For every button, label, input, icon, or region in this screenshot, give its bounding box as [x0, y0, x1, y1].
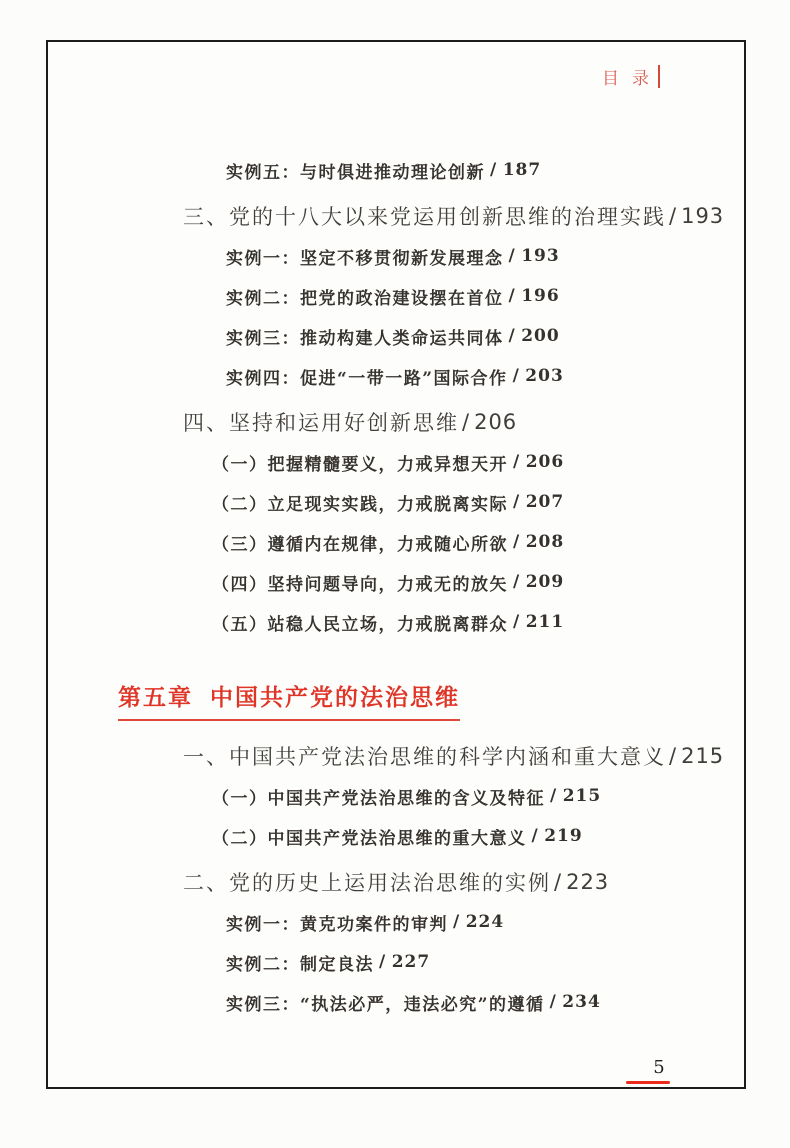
entry-page-number: 208 [526, 532, 565, 552]
page-number-underline [626, 1081, 670, 1084]
entry-page-number: 234 [562, 992, 601, 1012]
toc-entry: （一）中国共产党法治思维的含义及特征/215 [48, 776, 744, 816]
entry-title: 实例二：制定良法 [226, 950, 374, 975]
page-footer: 5 [626, 1058, 670, 1084]
toc-entry: 实例五：与时俱进推动理论创新/187 [48, 150, 744, 190]
entry-page-number: 196 [521, 286, 560, 306]
entry-title: （五）站稳人民立场，力戒脱离群众 [212, 610, 508, 635]
entry-separator: / [508, 452, 526, 472]
entry-title: 二、党的历史上运用法治思维的实例 [183, 867, 551, 897]
chapter-title-underlined: 第五章中国共产党的法治思维 [118, 679, 460, 721]
entry-title: （一）中国共产党法治思维的含义及特征 [212, 784, 545, 809]
entry-page-number: 193 [681, 204, 724, 228]
entry-page-number: 193 [521, 246, 560, 266]
entry-separator: / [508, 612, 526, 632]
toc-entry: 实例二：制定良法/227 [48, 942, 744, 982]
entry-title: （三）遵循内在规律，力戒随心所欲 [212, 530, 508, 555]
entry-title: 实例三：“执法必严，违法必究”的遵循 [226, 990, 545, 1015]
entry-separator: / [459, 410, 474, 434]
toc-entry: 实例二：把党的政治建设摆在首位/196 [48, 276, 744, 316]
entry-page-number: 219 [544, 826, 583, 846]
toc-list: 实例五：与时俱进推动理论创新/187三、党的十八大以来党运用创新思维的治理实践/… [48, 42, 744, 1022]
toc-entry: 实例四：促进“一带一路”国际合作/203 [48, 356, 744, 396]
entry-title: 实例五：与时俱进推动理论创新 [226, 158, 485, 183]
entry-page-number: 223 [566, 870, 609, 894]
toc-entry: 三、党的十八大以来党运用创新思维的治理实践/193 [48, 196, 744, 236]
entry-title: 实例四：促进“一带一路”国际合作 [226, 364, 508, 389]
entry-separator: / [448, 912, 466, 932]
entry-page-number: 200 [521, 326, 560, 346]
entry-separator: / [666, 744, 681, 768]
entry-separator: / [666, 204, 681, 228]
toc-entry: （四）坚持问题导向，力戒无的放矢/209 [48, 562, 744, 602]
entry-title: 实例一：黄克功案件的审判 [226, 910, 448, 935]
toc-entry: （五）站稳人民立场，力戒脱离群众/211 [48, 602, 744, 642]
chapter-title-text: 中国共产党的法治思维 [210, 685, 460, 711]
toc-entry: （二）中国共产党法治思维的重大意义/219 [48, 816, 744, 856]
entry-separator: / [374, 952, 392, 972]
entry-page-number: 207 [526, 492, 565, 512]
entry-separator: / [551, 870, 566, 894]
entry-title: 一、中国共产党法治思维的科学内涵和重大意义 [183, 741, 666, 771]
entry-separator: / [485, 160, 503, 180]
entry-separator: / [504, 246, 522, 266]
entry-title: （四）坚持问题导向，力戒无的放矢 [212, 570, 508, 595]
toc-entry: 实例一：黄克功案件的审判/224 [48, 902, 744, 942]
entry-page-number: 215 [563, 786, 602, 806]
toc-entry: （三）遵循内在规律，力戒随心所欲/208 [48, 522, 744, 562]
toc-entry: 四、坚持和运用好创新思维/206 [48, 402, 744, 442]
toc-entry: 一、中国共产党法治思维的科学内涵和重大意义/215 [48, 736, 744, 776]
entry-separator: / [527, 826, 545, 846]
chapter-heading: 第五章中国共产党的法治思维 [48, 676, 744, 724]
entry-separator: / [508, 532, 526, 552]
entry-separator: / [545, 992, 563, 1012]
toc-entry: （一）把握精髓要义，力戒异想天开/206 [48, 442, 744, 482]
toc-entry: （二）立足现实实践，力戒脱离实际/207 [48, 482, 744, 522]
entry-separator: / [504, 286, 522, 306]
page-number: 5 [626, 1058, 670, 1078]
entry-page-number: 206 [526, 452, 565, 472]
entry-title: 实例一：坚定不移贯彻新发展理念 [226, 244, 504, 269]
entry-title: （二）立足现实实践，力戒脱离实际 [212, 490, 508, 515]
entry-separator: / [545, 786, 563, 806]
entry-page-number: 215 [681, 744, 724, 768]
entry-title: 实例二：把党的政治建设摆在首位 [226, 284, 504, 309]
entry-separator: / [508, 492, 526, 512]
entry-separator: / [508, 572, 526, 592]
entry-page-number: 209 [526, 572, 565, 592]
book-page: 目录 实例五：与时俱进推动理论创新/187三、党的十八大以来党运用创新思维的治理… [46, 40, 746, 1089]
entry-title: 四、坚持和运用好创新思维 [183, 407, 459, 437]
entry-page-number: 227 [392, 952, 431, 972]
entry-page-number: 187 [503, 160, 542, 180]
toc-entry: 实例三：推动构建人类命运共同体/200 [48, 316, 744, 356]
entry-page-number: 211 [526, 612, 565, 632]
toc-entry: 实例一：坚定不移贯彻新发展理念/193 [48, 236, 744, 276]
entry-title: （二）中国共产党法治思维的重大意义 [212, 824, 527, 849]
entry-title: 实例三：推动构建人类命运共同体 [226, 324, 504, 349]
entry-page-number: 203 [525, 366, 564, 386]
entry-separator: / [508, 366, 526, 386]
entry-page-number: 206 [474, 410, 517, 434]
entry-title: （一）把握精髓要义，力戒异想天开 [212, 450, 508, 475]
entry-page-number: 224 [466, 912, 505, 932]
chapter-number-label: 第五章 [118, 685, 193, 711]
entry-separator: / [504, 326, 522, 346]
entry-title: 三、党的十八大以来党运用创新思维的治理实践 [183, 201, 666, 231]
toc-entry: 实例三：“执法必严，违法必究”的遵循/234 [48, 982, 744, 1022]
toc-entry: 二、党的历史上运用法治思维的实例/223 [48, 862, 744, 902]
